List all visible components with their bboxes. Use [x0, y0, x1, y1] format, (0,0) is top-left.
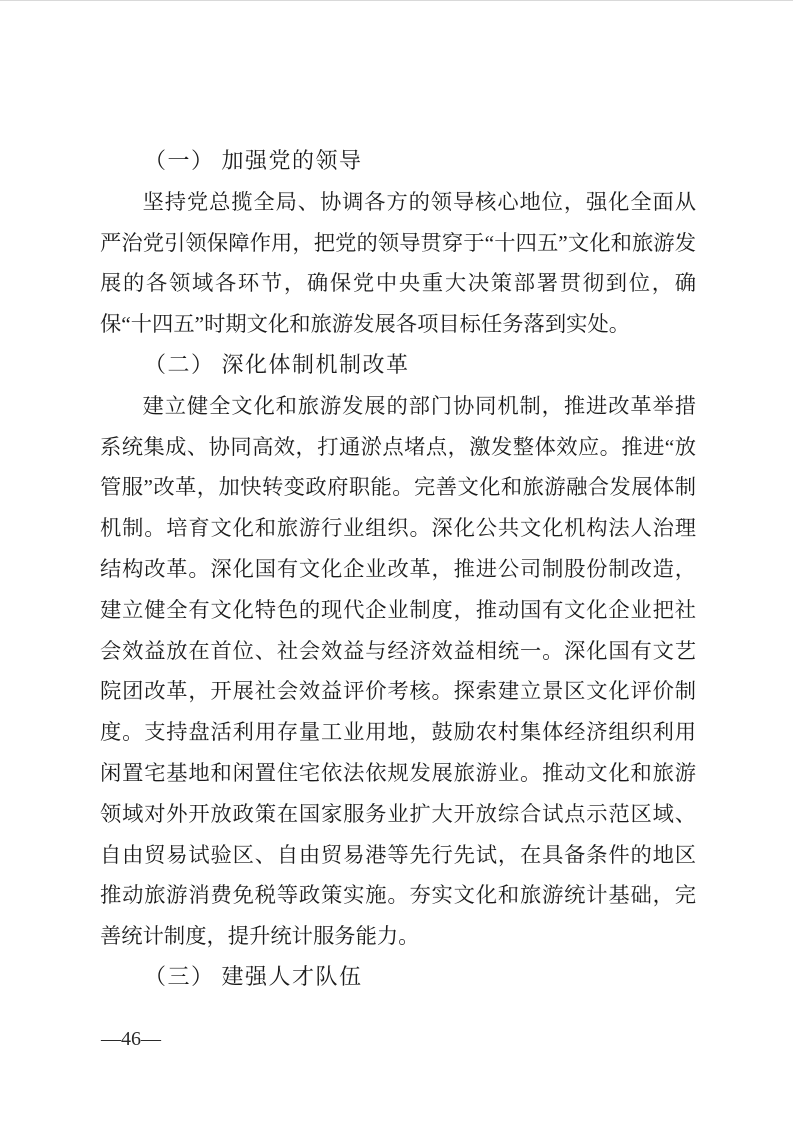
section-heading-3: （三） 建强人才队伍: [100, 957, 696, 998]
page-number: —46—: [101, 1027, 161, 1051]
section-heading-1: （一） 加强党的领导: [100, 141, 696, 182]
document-page: （一） 加强党的领导 坚持党总揽全局、协调各方的领导核心地位，强化全面从严治党引…: [0, 0, 793, 1122]
scan-edge-artifact: [0, 0, 793, 1]
document-body: （一） 加强党的领导 坚持党总揽全局、协调各方的领导核心地位，强化全面从严治党引…: [100, 141, 696, 998]
section-2-paragraph: 建立健全文化和旅游发展的部门协同机制，推进改革举措系统集成、协同高效，打通淤点堵…: [100, 386, 696, 957]
section-1-paragraph: 坚持党总揽全局、协调各方的领导核心地位，强化全面从严治党引领保障作用，把党的领导…: [100, 182, 696, 345]
section-heading-2: （二） 深化体制机制改革: [100, 345, 696, 386]
